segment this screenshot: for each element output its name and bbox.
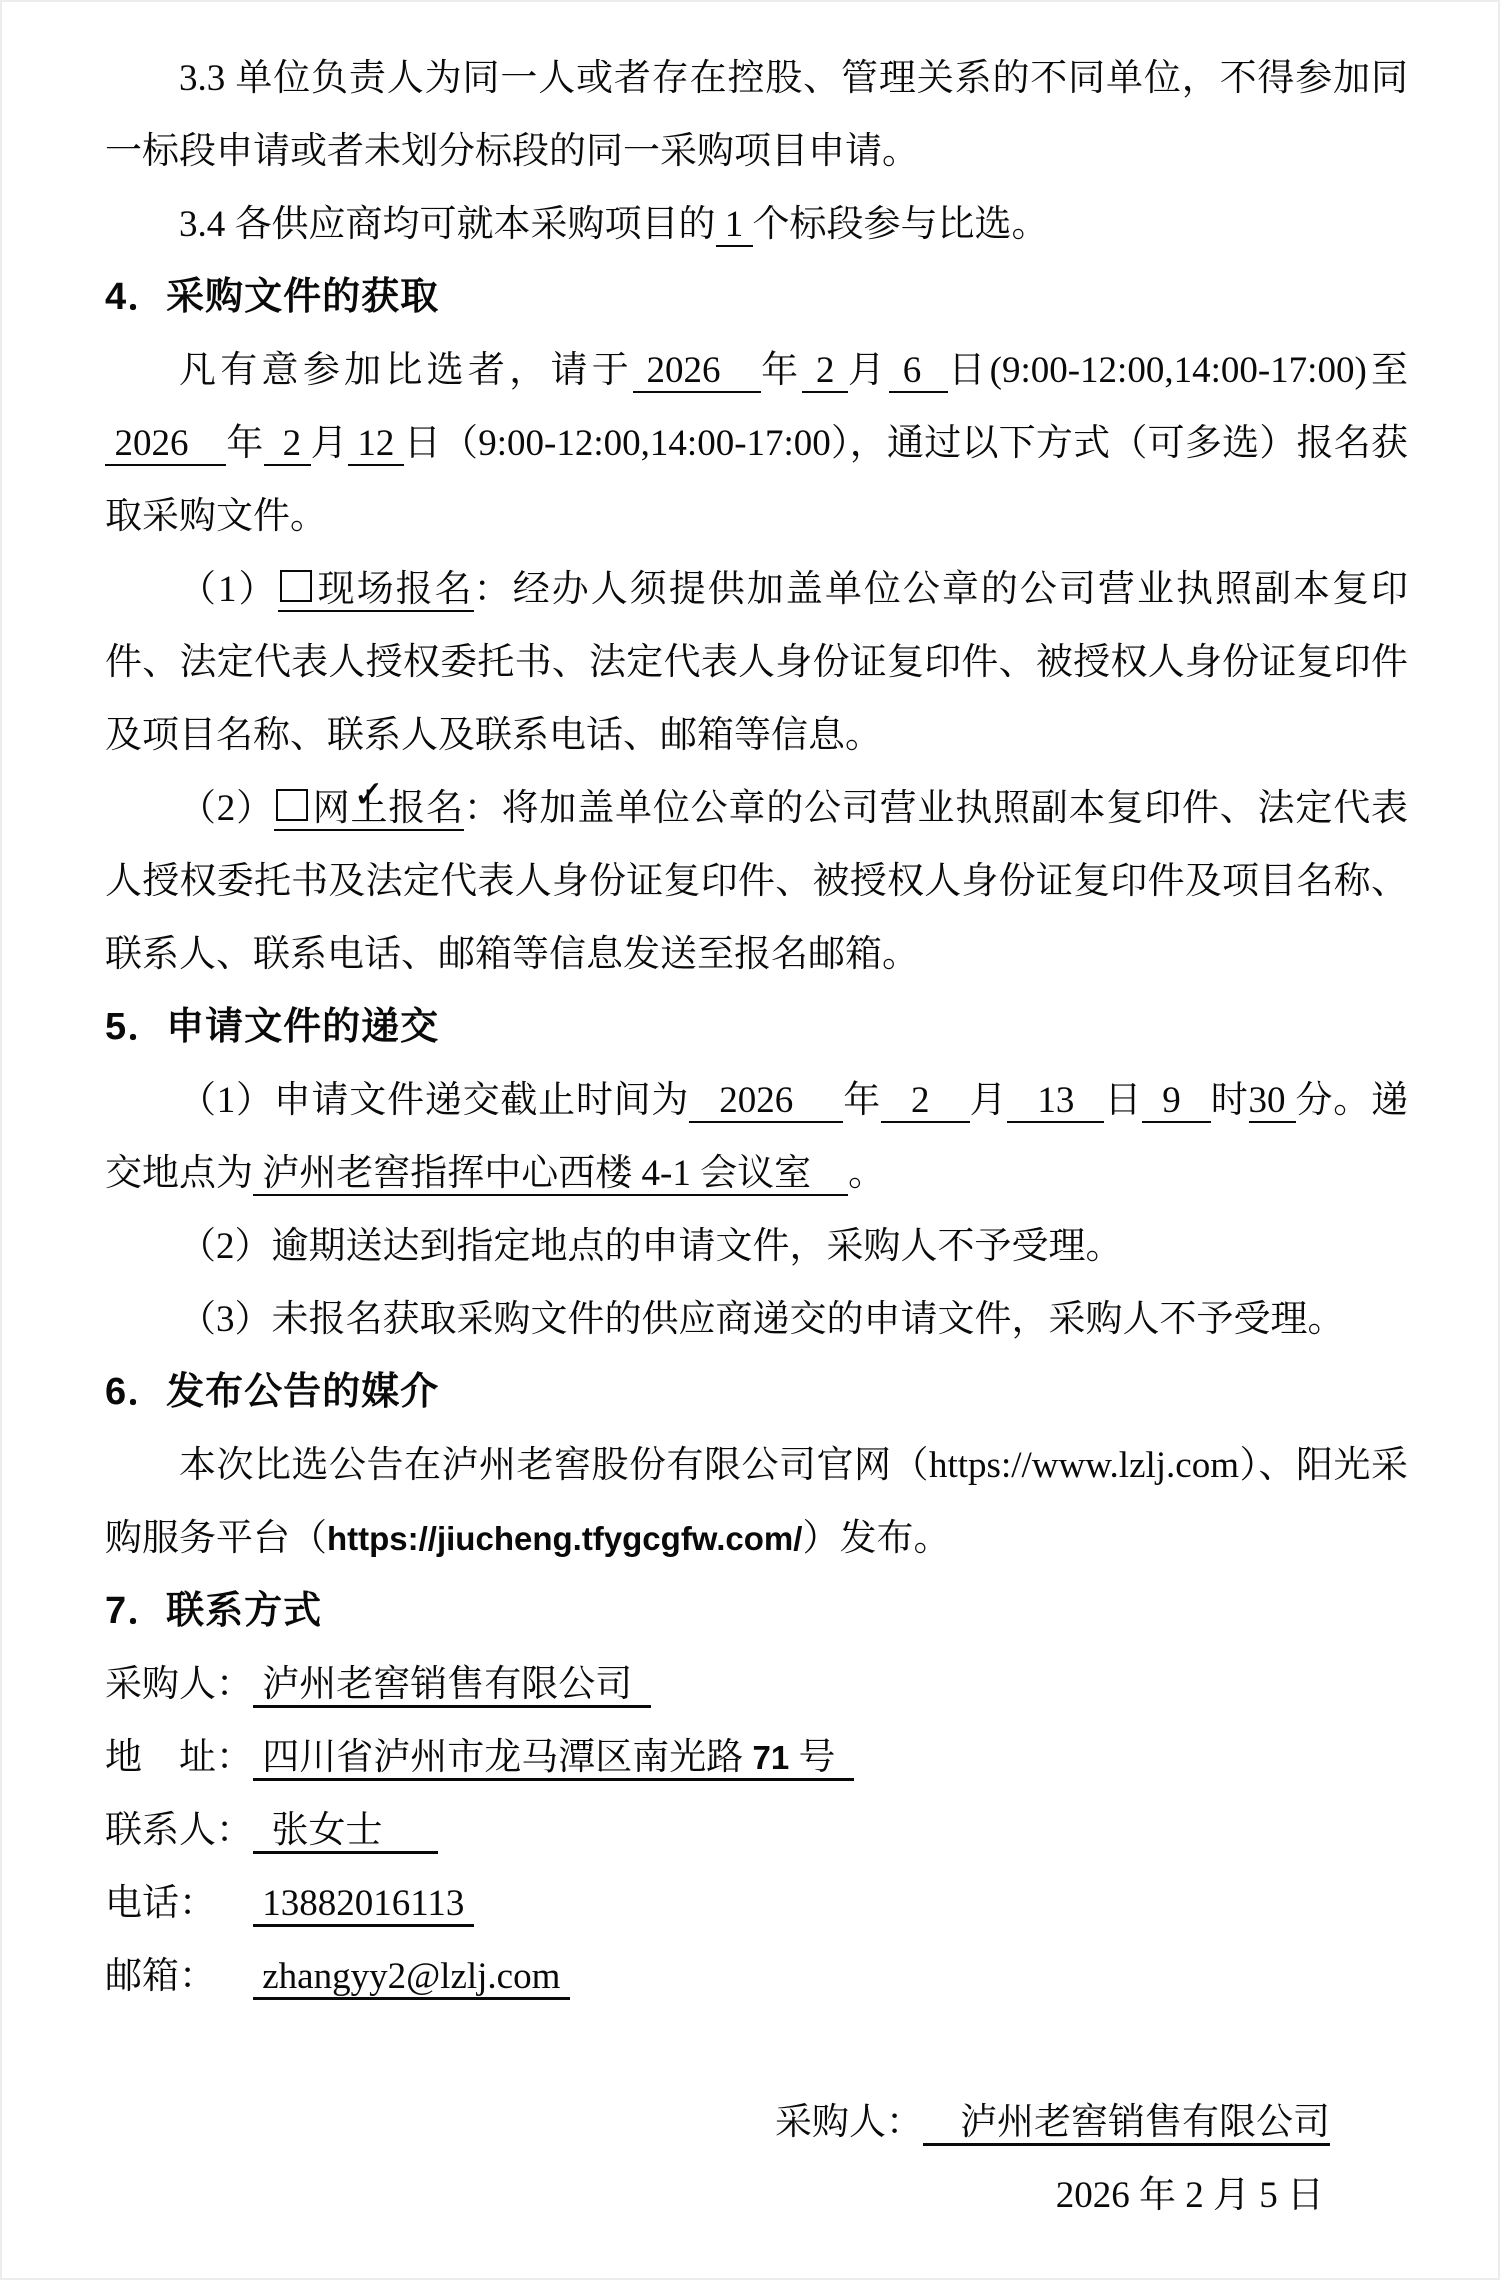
address-row: 地 址： 四川省泸州市龙马潭区南光路 71 号 [105,1721,1408,1794]
signature-purchaser-row: 采购人： 泸州老窖销售有限公司 [105,2086,1330,2159]
end-year-blank: 2026 [105,423,226,466]
email-value: zhangyy2@lzlj.com [253,1956,570,2000]
email-label: 邮箱： [105,1940,253,2013]
phone-row: 电话： 13882016113 [105,1867,1408,1940]
section-7-heading: 7．联系方式 [105,1575,1408,1648]
procurement-notice-page: 3.3 单位负责人为同一人或者存在控股、管理关系的不同单位，不得参加同一标段申请… [0,0,1500,2280]
contact-person-label: 联系人： [105,1794,253,1867]
signature-purchaser-value: 泸州老窖销售有限公司 [923,2102,1330,2146]
submission-deadline-paragraph: （1）申请文件递交截止时间为 2026 年 2 月 13 日 9 时30 分。递… [105,1064,1408,1210]
para-6-text-3: ）发布。 [802,1518,950,1559]
para-4-text-1: 凡有意参加比选者，请于 [179,350,633,391]
online-registration-option: ✓网上报名 [274,788,464,831]
clause-3-3: 3.3 单位负责人为同一人或者存在控股、管理关系的不同单位，不得参加同一标段申请… [105,42,1408,188]
para-6-text-1: 本次比选公告在泸州老窖股份有限公司官网（ [179,1445,929,1486]
late-submission-clause: （2）逾期送达到指定地点的申请文件，采购人不予受理。 [105,1210,1408,1283]
unchecked-checkbox-icon [280,570,312,602]
para-5-1-text-4: 日 [1104,1080,1142,1121]
phone-label: 电话： [105,1867,253,1940]
address-value-pre: 四川省泸州市龙马潭区南光路 [253,1737,753,1778]
checked-checkbox-icon: ✓ [276,789,308,821]
clause-3-4-text-post: 个标段参与比选。 [753,204,1049,245]
purchaser-value: 泸州老窖销售有限公司 [253,1664,651,1708]
address-value-post: 号 [789,1737,854,1778]
phone-value: 13882016113 [253,1883,474,1927]
lot-count-blank: 1 [716,204,753,247]
para-4-text-2: 年 [761,350,802,391]
reg1-colon: ： [474,569,513,610]
section-5-heading: 5．申请文件的递交 [105,991,1408,1064]
deadline-day-blank: 13 [1007,1080,1104,1123]
onsite-registration-paragraph: （1）现场报名：经办人须提供加盖单位公章的公司营业执照副本复印件、法定代表人授权… [105,553,1408,772]
address-value: 四川省泸州市龙马潭区南光路 71 号 [253,1737,854,1781]
para-4-text-3: 月 [848,350,889,391]
section-4-heading: 4．采购文件的获取 [105,261,1408,334]
signature-block: 采购人： 泸州老窖销售有限公司 2026 年 2 月 5 日 [105,2086,1408,2232]
para-5-1-text-7: 。 [848,1153,885,1194]
clause-3-4-text-pre: 3.4 各供应商均可就本采购项目的 [179,204,716,245]
deadline-month-blank: 2 [881,1080,970,1123]
para-5-1-text-1: （1）申请文件递交截止时间为 [179,1080,689,1121]
para-4-text-6: 月 [311,423,348,464]
contact-person-value: 张女士 [253,1810,438,1854]
signature-purchaser-label: 采购人： [775,2102,923,2143]
procurement-platform-url: https://jiucheng.tfygcgfw.com/ [327,1520,802,1557]
deadline-hour-blank: 9 [1142,1080,1211,1123]
address-label: 地 址： [105,1721,253,1794]
start-day-blank: 6 [889,350,948,393]
onsite-registration-label: 现场报名 [316,569,474,610]
reg1-number: （1） [179,569,278,610]
para-4-text-4: 日(9:00-12:00,14:00-17:00)至 [948,350,1408,391]
deadline-minute-blank: 30 [1249,1080,1296,1123]
end-day-blank: 12 [348,423,404,466]
signature-date: 2026 年 2 月 5 日 [105,2159,1330,2232]
document-obtaining-paragraph: 凡有意参加比选者，请于 2026 年 2 月 6 日(9:00-12:00,14… [105,334,1408,553]
clause-3-4: 3.4 各供应商均可就本采购项目的 1 个标段参与比选。 [105,188,1408,261]
email-row: 邮箱： zhangyy2@lzlj.com [105,1940,1408,2013]
para-5-1-text-3: 月 [970,1080,1008,1121]
start-year-blank: 2026 [633,350,761,393]
submission-place-blank: 泸州老窖指挥中心西楼 4-1 会议室 [253,1153,848,1196]
reg2-number: （2） [179,788,274,829]
end-month-blank: 2 [264,423,311,466]
section-6-heading: 6．发布公告的媒介 [105,1356,1408,1429]
announcement-media-paragraph: 本次比选公告在泸州老窖股份有限公司官网（https://www.lzlj.com… [105,1429,1408,1575]
onsite-registration-option: 现场报名 [278,569,474,612]
start-month-blank: 2 [802,350,848,393]
para-5-1-text-2: 年 [843,1080,881,1121]
purchaser-row: 采购人： 泸州老窖销售有限公司 [105,1648,1408,1721]
unregistered-submission-clause: （3）未报名获取采购文件的供应商递交的申请文件，采购人不予受理。 [105,1283,1408,1356]
online-registration-paragraph: （2）✓网上报名：将加盖单位公章的公司营业执照副本复印件、法定代表人授权委托书及… [105,772,1408,991]
address-street-number: 71 [753,1739,790,1776]
check-icon: ✓ [279,775,385,813]
para-5-1-text-5: 时 [1211,1080,1249,1121]
deadline-year-blank: 2026 [689,1080,843,1123]
official-site-url: https://www.lzlj.com [929,1445,1239,1486]
purchaser-label: 采购人： [105,1648,253,1721]
contact-person-row: 联系人： 张女士 [105,1794,1408,1867]
reg2-colon: ： [464,788,502,829]
para-4-text-5: 年 [226,423,263,464]
